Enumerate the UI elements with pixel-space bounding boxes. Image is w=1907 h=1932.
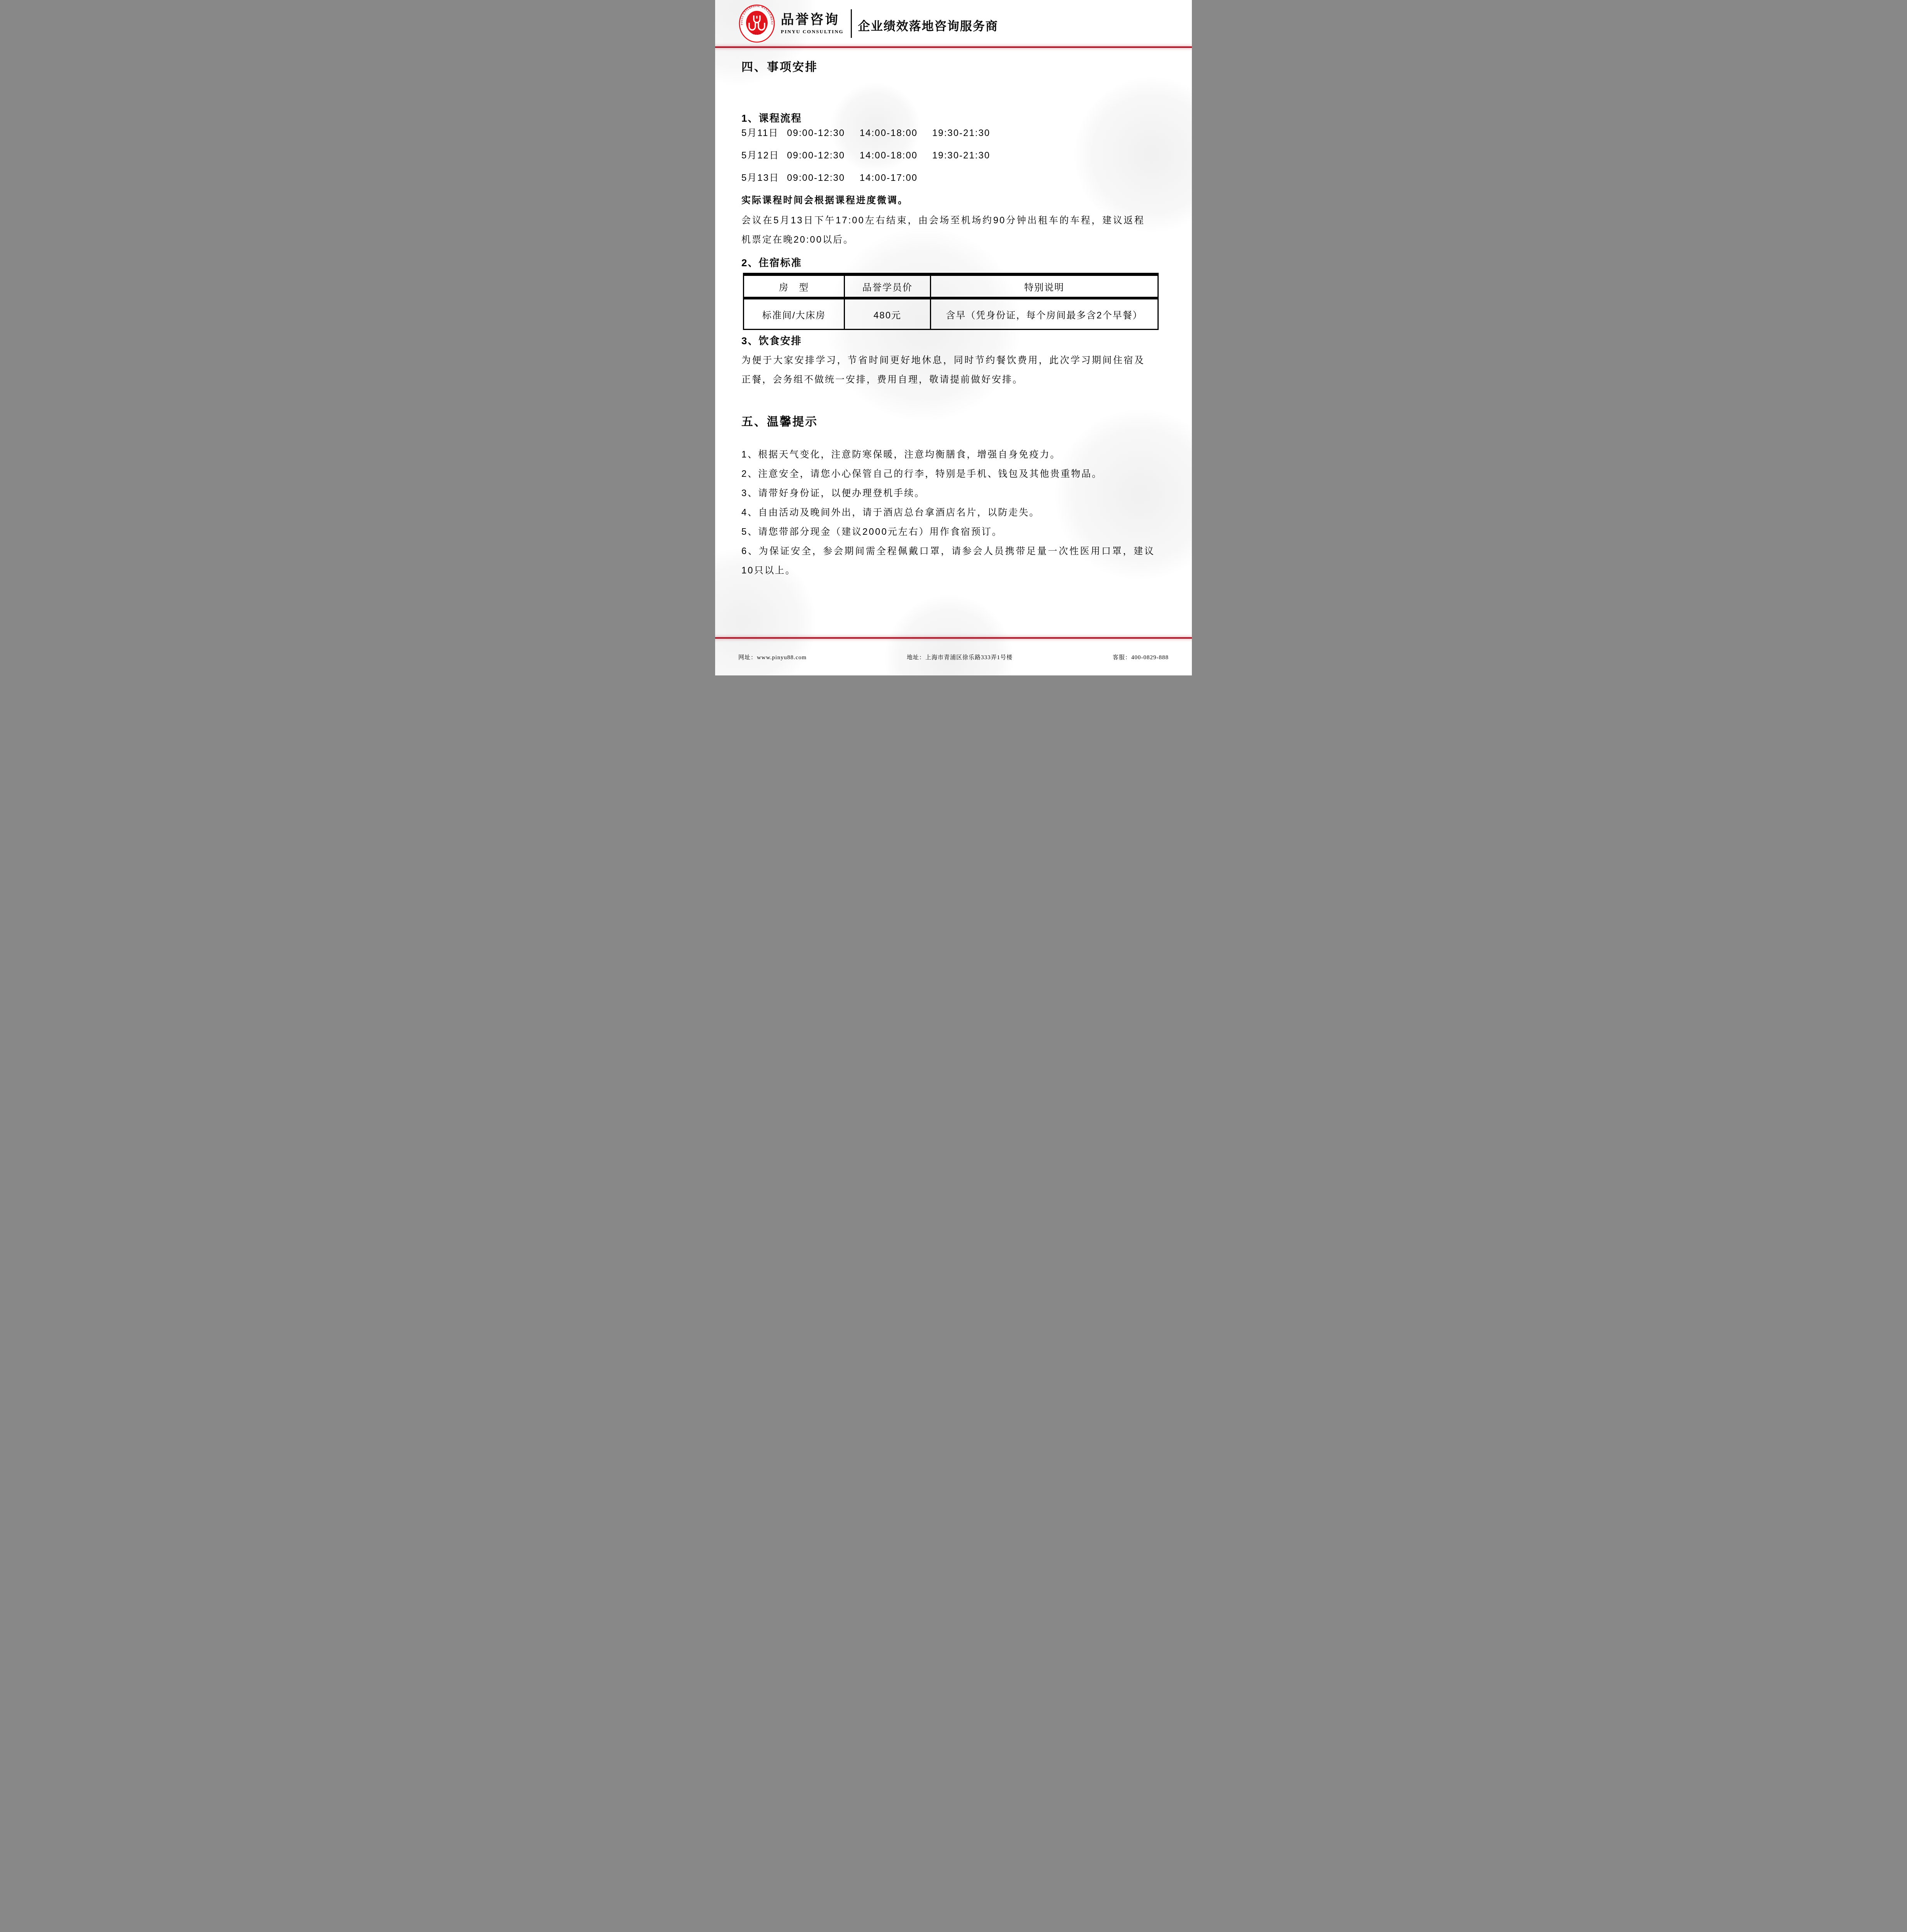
header-rule	[715, 46, 1192, 48]
tip-item: 2、注意安全，请您小心保管自己的行李，特别是手机、钱包及其他贵重物品。	[741, 464, 1155, 484]
footer-website: 网址：www.pinyu88.com	[738, 653, 807, 661]
schedule-date: 5月13日	[741, 172, 787, 185]
cell-room-type: 标准间/大床房	[744, 298, 845, 330]
tip-item: 1、根据天气变化，注意防寒保暖，注意均衡膳食，增强自身免疫力。	[741, 445, 1155, 464]
schedule-time: 14:00-18:00	[860, 127, 932, 140]
tip-item: 6、为保证安全，参会期间需全程佩戴口罩，请参会人员携带足量一次性医用口罩，建议1…	[741, 542, 1155, 580]
schedule-row: 5月13日09:00-12:3014:00-17:00	[741, 172, 1166, 194]
schedule-time: 09:00-12:30	[787, 172, 860, 185]
schedule-time: 14:00-17:00	[860, 172, 932, 185]
footer-hotline: 客服：400-0829-888	[1113, 653, 1169, 661]
schedule-date: 5月12日	[741, 149, 787, 162]
meals-text: 为便于大家安排学习，节省时间更好地休息，同时节约餐饮费用，此次学习期间住宿及正餐…	[741, 351, 1145, 389]
schedule-time: 09:00-12:30	[787, 149, 860, 162]
schedule-time: 14:00-18:00	[860, 149, 932, 162]
lodging-table: 房 型 品誉学员价 特别说明 标准间/大床房 480元 含早（凭身份证，每个房间…	[743, 273, 1159, 330]
tip-item: 4、自由活动及晚间外出，请于酒店总台拿酒店名片，以防走失。	[741, 503, 1155, 522]
section5-title: 五、温馨提示	[741, 412, 1166, 429]
cell-notes: 含早（凭身份证，每个房间最多含2个早餐）	[931, 298, 1158, 330]
table-header-row: 房 型 品誉学员价 特别说明	[744, 274, 1158, 298]
schedule-time: 09:00-12:30	[787, 127, 860, 140]
footer: 网址：www.pinyu88.com 地址：上海市青浦区徐乐路333弄1号楼 客…	[715, 638, 1192, 675]
schedule-row: 5月12日09:00-12:3014:00-18:0019:30-21:30	[741, 149, 1166, 172]
course-heading: 1、课程流程	[741, 111, 1166, 125]
table-header-price: 品誉学员价	[845, 274, 931, 298]
company-seal-logo-icon: PINYU ENTERPRISE MANAGEMENT 2014	[738, 4, 775, 43]
cell-price: 480元	[845, 298, 931, 330]
brand-divider	[851, 9, 852, 38]
schedule-date: 5月11日	[741, 127, 787, 140]
tips-list: 1、根据天气变化，注意防寒保暖，注意均衡膳食，增强自身免疫力。 2、注意安全，请…	[741, 445, 1155, 580]
lodging-heading: 2、住宿标准	[741, 255, 1166, 269]
tip-item: 3、请带好身份证，以便办理登机手续。	[741, 484, 1155, 503]
footer-address: 地址：上海市青浦区徐乐路333弄1号楼	[907, 653, 1013, 661]
brand-name-cn: 品誉咨询	[781, 12, 844, 27]
course-note: 会议在5月13日下午17:00左右结束，由会场至机场约90分钟出租车的车程，建议…	[741, 211, 1145, 250]
section4-title: 四、事项安排	[741, 57, 1166, 74]
brand-block: 品誉咨询 PINYU CONSULTING	[781, 12, 844, 34]
lodging-table-wrap: 房 型 品誉学员价 特别说明 标准间/大床房 480元 含早（凭身份证，每个房间…	[741, 273, 1166, 330]
table-header-room-type: 房 型	[744, 274, 845, 298]
header: PINYU ENTERPRISE MANAGEMENT 2014 品誉咨询 PI…	[738, 4, 998, 43]
schedule-row: 5月11日09:00-12:3014:00-18:0019:30-21:30	[741, 127, 1166, 149]
schedule-time: 19:30-21:30	[932, 149, 1005, 162]
table-row: 标准间/大床房 480元 含早（凭身份证，每个房间最多含2个早餐）	[744, 298, 1158, 330]
meals-heading: 3、饮食安排	[741, 333, 1166, 347]
tip-item: 5、请您带部分现金（建议2000元左右）用作食宿预订。	[741, 522, 1155, 542]
schedule-time: 19:30-21:30	[932, 127, 1005, 140]
document-page: PINYU ENTERPRISE MANAGEMENT 2014 品誉咨询 PI…	[715, 0, 1192, 675]
course-schedule: 5月11日09:00-12:3014:00-18:0019:30-21:30 5…	[741, 127, 1166, 194]
table-header-notes: 特别说明	[931, 274, 1158, 298]
company-tagline: 企业绩效落地咨询服务商	[858, 14, 998, 34]
course-bold-note: 实际课程时间会根据课程进度微调。	[741, 192, 1166, 206]
brand-name-en: PINYU CONSULTING	[781, 29, 844, 35]
